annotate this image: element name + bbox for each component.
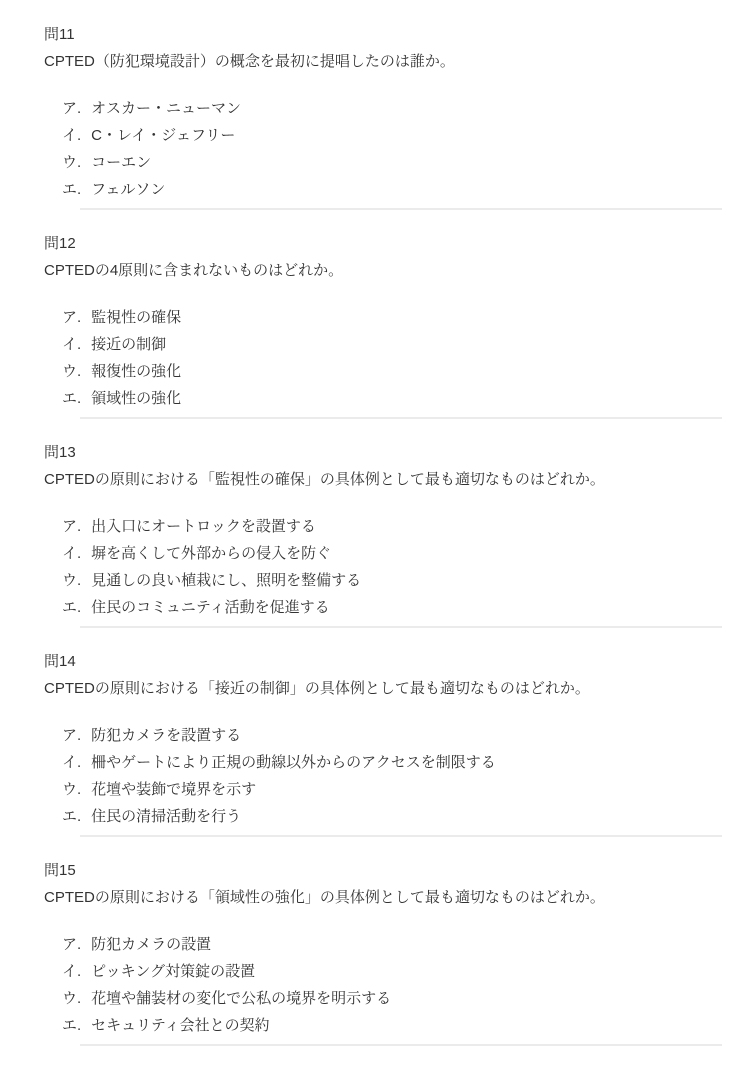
option-item: ア. オスカー・ニューマン (62, 95, 722, 122)
question-block: 問12 CPTEDの4原則に含まれないものはどれか。 ア. 監視性の確保 イ. … (44, 234, 722, 412)
question-number: 問14 (44, 652, 722, 672)
option-item: イ. ピッキング対策錠の設置 (62, 958, 722, 985)
option-text: 接近の制御 (91, 331, 166, 358)
option-label: イ. (62, 331, 81, 358)
option-label: エ. (62, 176, 81, 203)
option-item: ウ. 報復性の強化 (62, 358, 722, 385)
option-item: イ. 塀を高くして外部からの侵入を防ぐ (62, 540, 722, 567)
question-block: 問14 CPTEDの原則における「接近の制御」の具体例として最も適切なものはどれ… (44, 652, 722, 830)
options-list: ア. 出入口にオートロックを設置する イ. 塀を高くして外部からの侵入を防ぐ ウ… (44, 513, 722, 621)
option-item: エ. セキュリティ会社との契約 (62, 1012, 722, 1039)
option-label: ウ. (62, 776, 81, 803)
option-text: コーエン (91, 149, 151, 176)
option-item: イ. 接近の制御 (62, 331, 722, 358)
question-text: CPTEDの原則における「領域性の強化」の具体例として最も適切なものはどれか。 (44, 888, 722, 908)
option-label: エ. (62, 594, 81, 621)
question-block: 問13 CPTEDの原則における「監視性の確保」の具体例として最も適切なものはど… (44, 443, 722, 621)
option-text: セキュリティ会社との契約 (91, 1012, 270, 1039)
options-list: ア. オスカー・ニューマン イ. C・レイ・ジェフリー ウ. コーエン エ. フ… (44, 95, 722, 203)
option-text: 塀を高くして外部からの侵入を防ぐ (91, 540, 331, 567)
option-text: 見通しの良い植栽にし、照明を整備する (91, 567, 361, 594)
option-item: エ. 住民のコミュニティ活動を促進する (62, 594, 722, 621)
option-item: ア. 監視性の確保 (62, 304, 722, 331)
option-item: ウ. 見通しの良い植栽にし、照明を整備する (62, 567, 722, 594)
question-divider (80, 835, 722, 837)
option-text: ピッキング対策錠の設置 (91, 958, 255, 985)
option-text: 住民の清掃活動を行う (91, 803, 241, 830)
option-text: 領域性の強化 (91, 385, 181, 412)
question-text: CPTEDの原則における「接近の制御」の具体例として最も適切なものはどれか。 (44, 679, 722, 699)
question-divider (80, 1044, 722, 1046)
question-number: 問12 (44, 234, 722, 254)
option-text: 花壇や舗装材の変化で公私の境界を明示する (91, 985, 391, 1012)
option-label: エ. (62, 1012, 81, 1039)
option-item: イ. C・レイ・ジェフリー (62, 122, 722, 149)
option-text: 住民のコミュニティ活動を促進する (91, 594, 330, 621)
option-item: ウ. 花壇や装飾で境界を示す (62, 776, 722, 803)
option-text: 柵やゲートにより正規の動線以外からのアクセスを制限する (91, 749, 496, 776)
option-text: 防犯カメラを設置する (91, 722, 241, 749)
option-label: ア. (62, 722, 81, 749)
question-number: 問11 (44, 25, 722, 45)
option-label: ウ. (62, 149, 81, 176)
option-label: ア. (62, 513, 81, 540)
option-label: イ. (62, 122, 81, 149)
option-label: イ. (62, 958, 81, 985)
option-text: 出入口にオートロックを設置する (91, 513, 316, 540)
option-text: フェルソン (91, 176, 165, 203)
option-text: 花壇や装飾で境界を示す (91, 776, 256, 803)
quiz-page: 問11 CPTED（防犯環境設計）の概念を最初に提唱したのは誰か。 ア. オスカ… (0, 0, 750, 1046)
question-divider (80, 208, 722, 210)
option-text: オスカー・ニューマン (91, 95, 241, 122)
option-label: ウ. (62, 358, 81, 385)
option-label: ア. (62, 95, 81, 122)
question-number: 問13 (44, 443, 722, 463)
option-text: 報復性の強化 (91, 358, 181, 385)
question-block: 問15 CPTEDの原則における「領域性の強化」の具体例として最も適切なものはど… (44, 861, 722, 1039)
options-list: ア. 防犯カメラの設置 イ. ピッキング対策錠の設置 ウ. 花壇や舗装材の変化で… (44, 931, 722, 1039)
option-item: エ. 領域性の強化 (62, 385, 722, 412)
option-text: 監視性の確保 (91, 304, 181, 331)
option-item: ア. 出入口にオートロックを設置する (62, 513, 722, 540)
option-text: 防犯カメラの設置 (91, 931, 211, 958)
question-divider (80, 626, 722, 628)
option-item: ア. 防犯カメラの設置 (62, 931, 722, 958)
option-label: イ. (62, 749, 81, 776)
option-item: イ. 柵やゲートにより正規の動線以外からのアクセスを制限する (62, 749, 722, 776)
option-label: エ. (62, 803, 81, 830)
option-label: エ. (62, 385, 81, 412)
option-text: C・レイ・ジェフリー (91, 122, 235, 149)
question-text: CPTED（防犯環境設計）の概念を最初に提唱したのは誰か。 (44, 52, 722, 72)
question-divider (80, 417, 722, 419)
question-block: 問11 CPTED（防犯環境設計）の概念を最初に提唱したのは誰か。 ア. オスカ… (44, 25, 722, 203)
options-list: ア. 防犯カメラを設置する イ. 柵やゲートにより正規の動線以外からのアクセスを… (44, 722, 722, 830)
option-label: ウ. (62, 985, 81, 1012)
option-item: ウ. コーエン (62, 149, 722, 176)
question-number: 問15 (44, 861, 722, 881)
question-text: CPTEDの原則における「監視性の確保」の具体例として最も適切なものはどれか。 (44, 470, 722, 490)
option-label: ウ. (62, 567, 81, 594)
option-item: ウ. 花壇や舗装材の変化で公私の境界を明示する (62, 985, 722, 1012)
options-list: ア. 監視性の確保 イ. 接近の制御 ウ. 報復性の強化 エ. 領域性の強化 (44, 304, 722, 412)
option-item: ア. 防犯カメラを設置する (62, 722, 722, 749)
option-item: エ. 住民の清掃活動を行う (62, 803, 722, 830)
option-label: イ. (62, 540, 81, 567)
option-label: ア. (62, 304, 81, 331)
question-text: CPTEDの4原則に含まれないものはどれか。 (44, 261, 722, 281)
option-label: ア. (62, 931, 81, 958)
option-item: エ. フェルソン (62, 176, 722, 203)
